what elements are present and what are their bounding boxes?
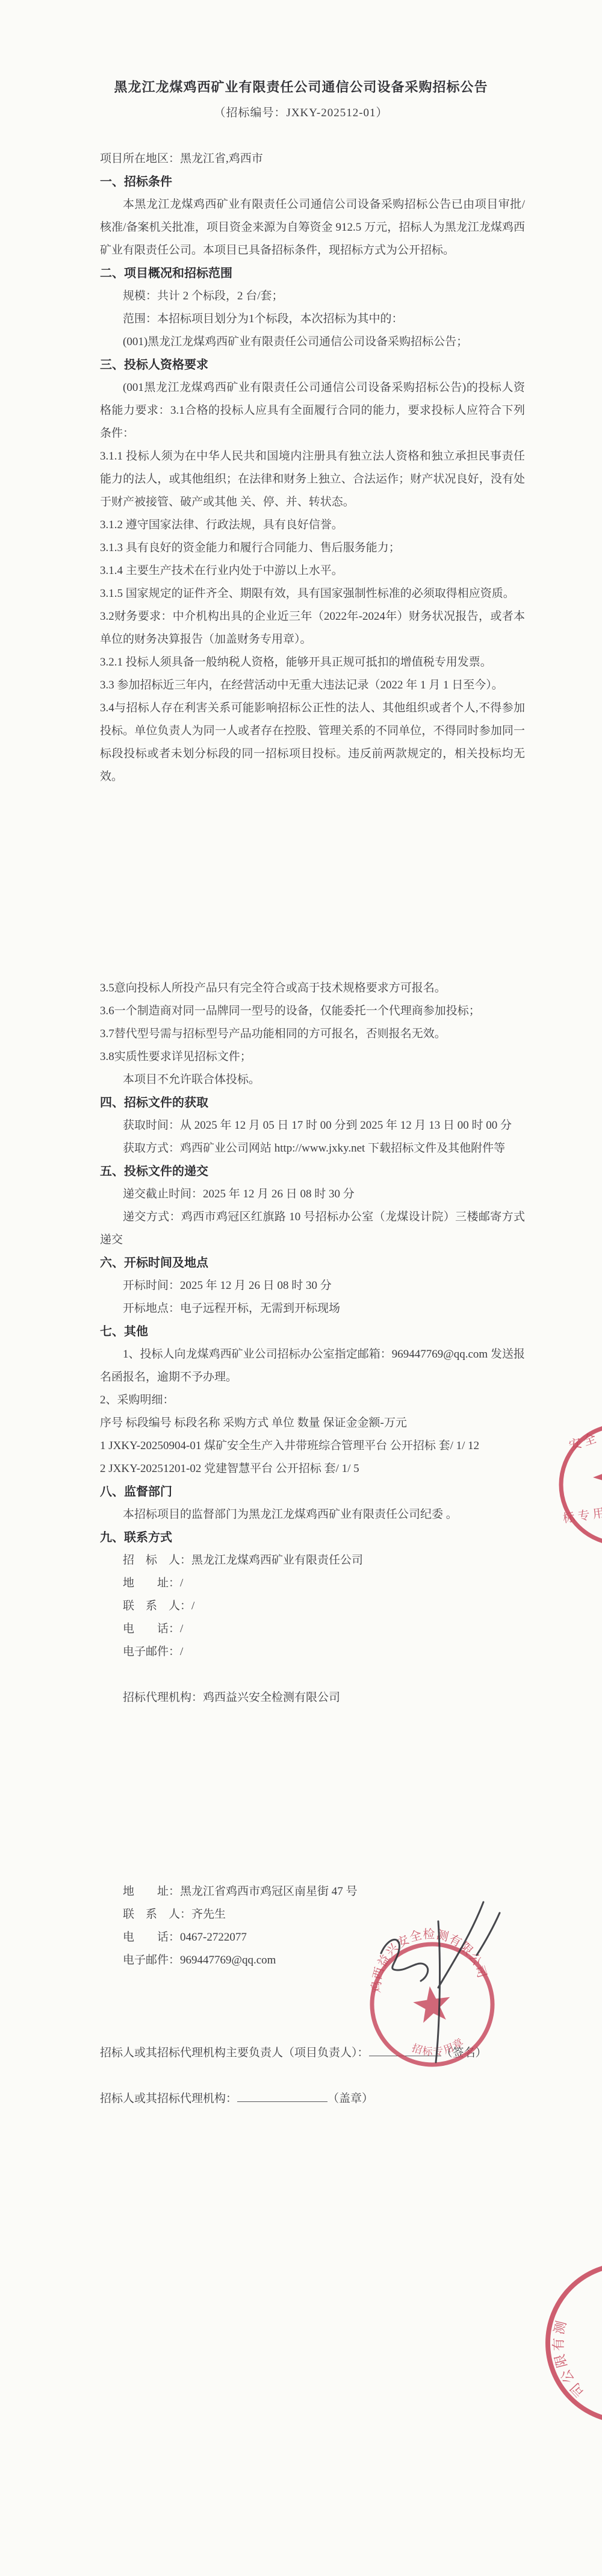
stamp-partial-bottom-text: 标专用	[562, 1506, 602, 1526]
section-9-heading: 九、联系方式	[100, 1526, 525, 1549]
stamp-graphic: 司公限有测	[530, 2253, 602, 2433]
rule-3-1-1: 3.1.1 投标人须为在中华人民共和国境内注册具有独立法人资格和独立承担民事责任…	[100, 445, 525, 514]
contact-address-2: 地 址：黑龙江省鸡西市鸡冠区南星街 47 号	[100, 1880, 525, 1903]
rule-3-2: 3.2财务要求：中介机构出具的企业近三年（2022年-2024年）财务状况报告，…	[100, 605, 525, 651]
signature-line-2-label: 招标人或其招标代理机构：	[100, 2092, 237, 2105]
seal-blank-line	[237, 2089, 327, 2102]
contact-address-1: 地 址：/	[100, 1572, 525, 1595]
rule-3-2-1: 3.2.1 投标人须具备一般纳税人资格，能够开具正规可抵扣的增值税专用发票。	[100, 651, 525, 674]
section-7-signup: 1、投标人向龙煤鸡西矿业公司招标办公室指定邮箱：969447769@qq.com…	[100, 1343, 525, 1389]
spacer	[100, 1972, 525, 2042]
contact-email-2: 电子邮件：969447769@qq.com	[100, 1949, 525, 1972]
rule-3-7: 3.7替代型号需与招标型号产品功能相同的方可报名，否则报名无效。	[100, 1023, 525, 1046]
section-4-method: 获取方式：鸡西矿业公司网站 http://www.jxky.net 下载招标文件…	[100, 1137, 525, 1160]
section-2-heading: 二、项目概况和招标范围	[100, 262, 525, 285]
contact-phone-2: 电 话：0467-2722077	[100, 1926, 525, 1949]
stamp-graphic: 安全 标专用	[542, 1421, 602, 1560]
contact-person-2: 联 系 人：齐先生	[100, 1903, 525, 1926]
section-7-heading: 七、其他	[100, 1320, 525, 1343]
signature-line-1-suffix: （签名）	[441, 2047, 487, 2059]
section-1-paragraph: 本黑龙江龙煤鸡西矿业有限责任公司通信公司设备采购招标公告已由项目审批/核准/备案…	[100, 193, 525, 262]
rule-3-1-5: 3.1.5 国家规定的证件齐全、期限有效，具有国家强制性标准的必须取得相应资质。	[100, 582, 525, 605]
section-6-time: 开标时间：2025 年 12 月 26 日 08 时 30 分	[100, 1274, 525, 1297]
section-7-detail-label: 2、采购明细：	[100, 1389, 525, 1412]
section-6-heading: 六、开标时间及地点	[100, 1252, 525, 1274]
svg-text:司公限有测: 司公限有测	[551, 2317, 588, 2400]
contact-phone-1: 电 话：/	[100, 1618, 525, 1641]
section-2-scope: 范围：本招标项目划分为1个标段，本次招标为其中的：	[100, 308, 525, 331]
document-page: 黑龙江龙煤鸡西矿业有限责任公司通信公司设备采购招标公告 （招标编号：JXKY-2…	[0, 0, 602, 2576]
section-4-heading: 四、招标文件的获取	[100, 1091, 525, 1114]
spacer	[100, 1709, 525, 1880]
section-8-heading: 八、监督部门	[100, 1480, 525, 1503]
section-3-intro: (001黑龙江龙煤鸡西矿业有限责任公司通信公司设备采购招标公告)的投标人资格能力…	[100, 376, 525, 445]
doc-title: 黑龙江龙煤鸡西矿业有限责任公司通信公司设备采购招标公告	[0, 0, 602, 96]
rule-3-5: 3.5意向投标人所投产品只有完全符合或高于技术规格要求方可报名。	[100, 977, 525, 1000]
contact-bidder: 招 标 人：黑龙江龙煤鸡西矿业有限责任公司	[100, 1549, 525, 1572]
rule-3-1-2: 3.1.2 遵守国家法律、行政法规，具有良好信誉。	[100, 514, 525, 537]
spacer	[100, 1664, 525, 1686]
project-location: 项目所在地区：黑龙江省,鸡西市	[100, 148, 525, 170]
section-3-heading: 三、投标人资格要求	[100, 354, 525, 376]
contact-person-1: 联 系 人：/	[100, 1595, 525, 1618]
rule-3-1-4: 3.1.4 主要生产技术在行业内处于中游以上水平。	[100, 560, 525, 582]
rule-3-8: 3.8实质性要求详见招标文件；	[100, 1046, 525, 1068]
section-6-place: 开标地点：电子远程开标，无需到开标现场	[100, 1297, 525, 1320]
page-break-gap	[100, 788, 525, 977]
rule-3-6: 3.6一个制造商对同一品牌同一型号的设备，仅能委托一个代理商参加投标；	[100, 1000, 525, 1023]
rule-3-1-3: 3.1.3 具有良好的资金能力和履行合同能力、售后服务能力；	[100, 537, 525, 560]
signature-line-1-label: 招标人或其招标代理机构主要负责人（项目负责人）：	[100, 2047, 369, 2059]
rule-3-4: 3.4与招标人存在利害关系可能影响招标公正性的法人、其他组织或者个人,不得参加投…	[100, 697, 525, 788]
spacer	[100, 2065, 525, 2088]
contact-agency: 招标代理机构：鸡西益兴安全检测有限公司	[100, 1686, 525, 1709]
contact-email-1: 电子邮件：/	[100, 1641, 525, 1664]
section-5-heading: 五、投标文件的递交	[100, 1160, 525, 1183]
no-consortium-note: 本项目不允许联合体投标。	[100, 1068, 525, 1091]
stamp-partial-top-text: 安全	[567, 1430, 600, 1453]
section-5-deadline: 递交截止时间：2025 年 12 月 26 日 08 时 30 分	[100, 1183, 525, 1206]
stamp-star-icon	[589, 1454, 602, 1497]
stamp-partial-company-text: 司公限有测	[551, 2317, 588, 2400]
section-1-heading: 一、招标条件	[100, 170, 525, 193]
partial-round-stamp-right-edge: 安全 标专用	[542, 1421, 602, 1560]
signature-line-2-suffix: （盖章）	[327, 2092, 373, 2105]
rule-3-3: 3.3 参加招标近三年内，在经营活动中无重大违法记录（2022 年 1 月 1 …	[100, 674, 525, 697]
purchase-table-header: 序号 标段编号 标段名称 采购方式 单位 数量 保证金金额-万元	[100, 1412, 525, 1435]
signature-line-agency-seal: 招标人或其招标代理机构：（盖章）	[100, 2088, 525, 2110]
partial-round-stamp-bottom-right: 司公限有测	[530, 2253, 602, 2433]
section-2-lot: (001)黑龙江龙煤鸡西矿业有限责任公司通信公司设备采购招标公告；	[100, 331, 525, 354]
section-4-time: 获取时间：从 2025 年 12 月 05 日 17 时 00 分到 2025 …	[100, 1114, 525, 1137]
signature-blank-line	[369, 2043, 441, 2056]
purchase-table-row: 1 JXKY-20250904-01 煤矿安全生产入井带班综合管理平台 公开招标…	[100, 1435, 525, 1458]
signature-line-responsible-person: 招标人或其招标代理机构主要负责人（项目负责人）：（签名）	[100, 2042, 525, 2065]
purchase-table-row: 2 JXKY-20251201-02 党建智慧平台 公开招标 套/ 1/ 5	[100, 1458, 525, 1480]
section-8-paragraph: 本招标项目的监督部门为黑龙江龙煤鸡西矿业有限责任公司纪委 。	[100, 1503, 525, 1526]
section-5-method: 递交方式：鸡西市鸡冠区红旗路 10 号招标办公室（龙煤设计院）三楼邮寄方式递交	[100, 1206, 525, 1252]
section-2-scale: 规模：共计 2 个标段，2 台/套；	[100, 285, 525, 308]
doc-body: 项目所在地区：黑龙江省,鸡西市 一、招标条件 本黑龙江龙煤鸡西矿业有限责任公司通…	[100, 148, 525, 2110]
doc-ref-number: （招标编号：JXKY-202512-01）	[0, 104, 602, 120]
